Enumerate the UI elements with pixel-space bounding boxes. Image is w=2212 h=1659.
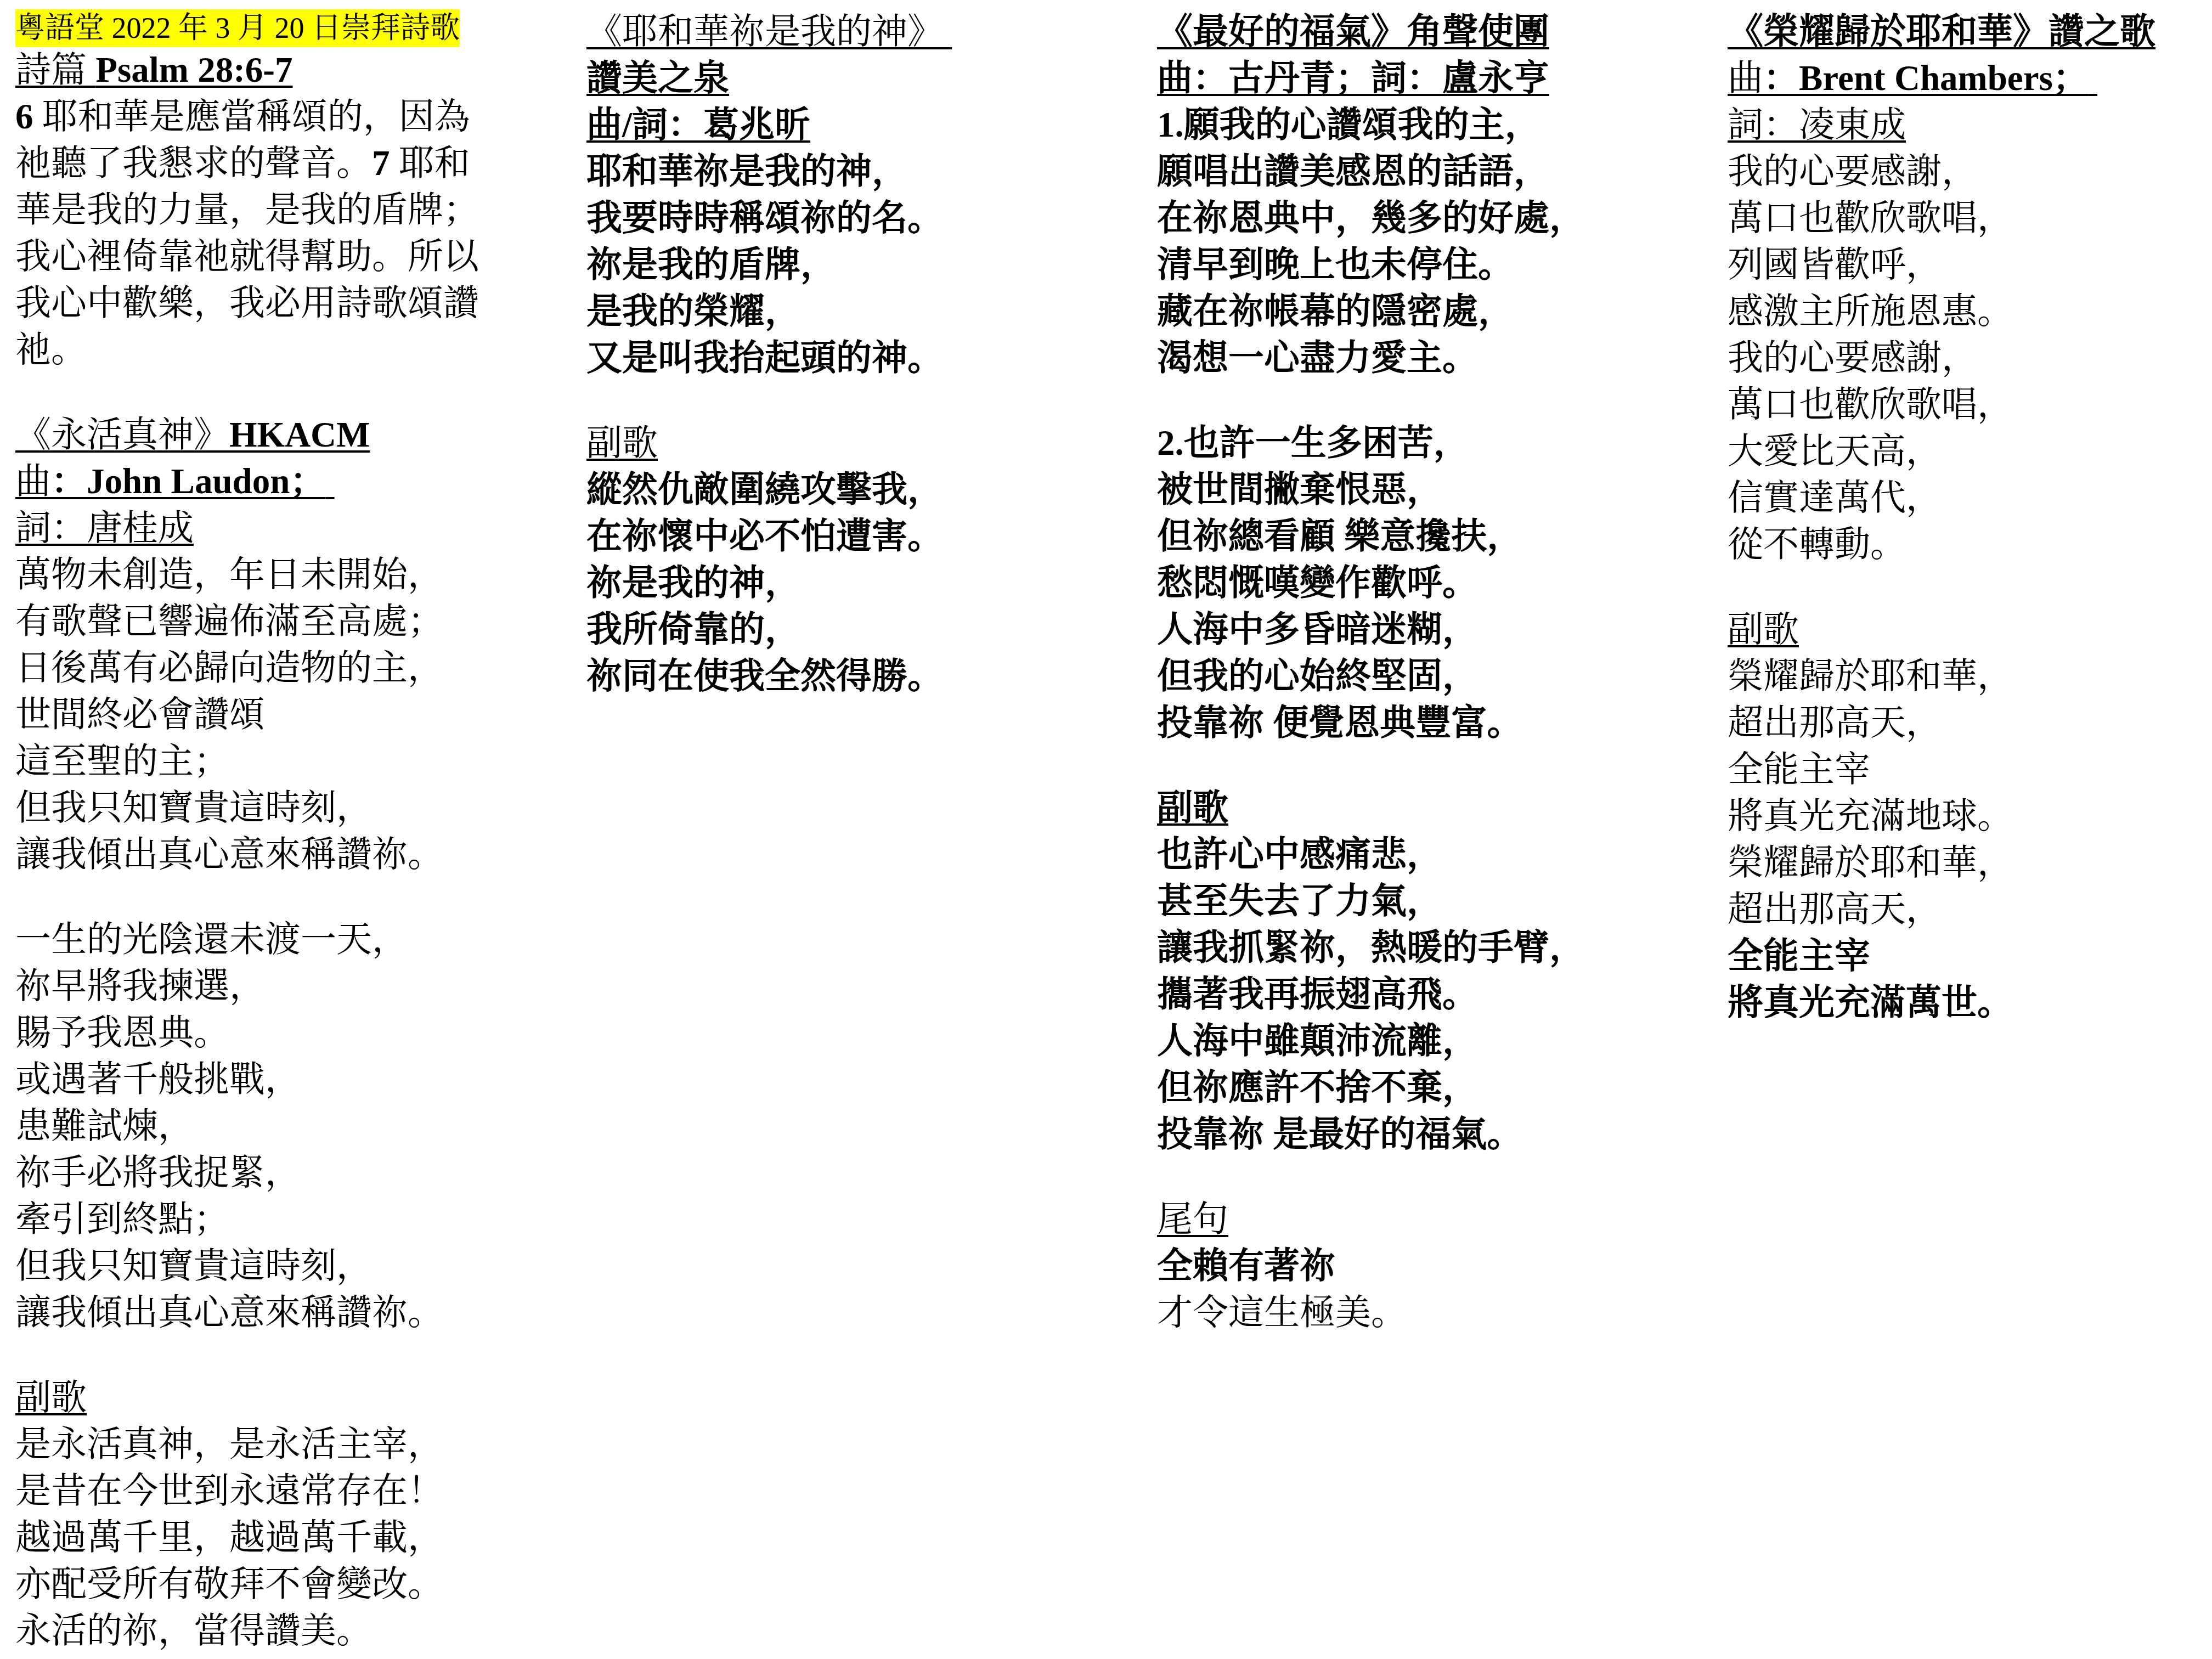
verse-number: 7 — [372, 144, 390, 183]
chorus-label: 副歌 — [1157, 788, 1228, 828]
song-title-text: 《永活真神》 — [15, 415, 229, 455]
lyric-line: 這至聖的主； — [15, 738, 564, 785]
blank-line — [15, 1336, 564, 1375]
lyric-line: 是昔在今世到永遠常存在！ — [15, 1468, 564, 1515]
blank-line — [1157, 382, 1706, 420]
chorus-label: 副歌 — [1728, 610, 1799, 650]
lyric-line: 祢同在使我全然得勝。 — [586, 653, 1135, 700]
lyric-line: 1.願我的心讚頌我的主， — [1157, 102, 1706, 149]
chorus-label: 副歌 — [15, 1378, 87, 1418]
lyric-line: 永活的祢，當得讚美。 — [15, 1608, 564, 1655]
blank-line — [1157, 747, 1706, 785]
song-credit: 曲：古丹青；詞：盧永亨 — [1157, 55, 1706, 102]
column-3: 《最好的福氣》角聲使團 曲：古丹青；詞：盧永亨 1.願我的心讚頌我的主， 願唱出… — [1157, 9, 1706, 1336]
song-credit-lyrics: 詞：唐桂成 — [15, 505, 564, 552]
song-credit: 曲/詞：葛兆昕 — [586, 102, 1135, 149]
blank-line — [15, 878, 564, 917]
lyric-line: 又是叫我抬起頭的神。 — [586, 335, 1135, 382]
blank-line — [1728, 568, 2212, 607]
lyric-line: 願唱出讚美感恩的話語， — [1157, 149, 1706, 195]
song-credit-music: 曲：Brent Chambers； — [1728, 55, 2212, 102]
lyric-line: 人海中多昏暗迷糊， — [1157, 607, 1706, 653]
scripture-line: 我心中歡樂，我必用詩歌頌讚 — [15, 280, 564, 327]
lyric-line: 祢是我的盾牌， — [586, 242, 1135, 289]
song-publisher: HKACM — [229, 415, 370, 455]
credit-text: 曲：古丹青；詞：盧永亨 — [1157, 59, 1549, 98]
song-publisher: 讚之歌 — [2049, 12, 2155, 52]
lyric-line: 全能主宰 — [1728, 933, 2212, 980]
lyric-line: 讓我抓緊祢，熱暖的手臂， — [1157, 925, 1706, 972]
lyric-line: 越過萬千里，越過萬千載， — [15, 1515, 564, 1561]
credit-text: 詞：唐桂成 — [15, 509, 194, 548]
lyric-line: 縱然仇敵圍繞攻擊我， — [586, 467, 1135, 513]
song-publisher-row: 讚美之泉 — [586, 55, 1135, 102]
lyric-line: 信實達萬代， — [1728, 475, 2212, 522]
lyric-line: 將真光充滿萬世。 — [1728, 980, 2212, 1026]
coda-label: 尾句 — [1157, 1200, 1228, 1239]
lyric-line: 我的心要感謝， — [1728, 149, 2212, 195]
lyric-line: 有歌聲已響遍佈滿至高處； — [15, 599, 564, 645]
lyric-line: 一生的光陰還未渡一天， — [15, 917, 564, 963]
song-publisher: 讚美之泉 — [586, 59, 729, 98]
lyric-line: 賜予我恩典。 — [15, 1010, 564, 1057]
lyric-line: 被世間撇棄恨惡， — [1157, 467, 1706, 513]
lyric-line: 榮耀歸於耶和華， — [1728, 653, 2212, 700]
song-title-text: 《耶和華祢是我的神》 — [586, 12, 943, 52]
lyric-line: 在祢懷中必不怕遭害。 — [586, 513, 1135, 560]
scripture-line: 華是我的力量，是我的盾牌； — [15, 187, 564, 234]
lyric-line: 但祢總看顧 樂意攙扶， — [1157, 513, 1706, 560]
lyric-line: 也許心中感痛悲， — [1157, 832, 1706, 878]
lyric-line: 或遇著千般挑戰， — [15, 1057, 564, 1103]
lyric-line: 將真光充滿地球。 — [1728, 793, 2212, 840]
chorus-label: 副歌 — [586, 424, 658, 463]
credit-label: 曲 — [15, 462, 51, 501]
scripture-text: 耶和 — [399, 144, 470, 183]
column-4: 《榮耀歸於耶和華》讚之歌 曲：Brent Chambers； 詞：凌東成 我的心… — [1728, 9, 2212, 1026]
scripture-line: 6 耶和華是應當稱頌的，因為 — [15, 94, 564, 140]
lyric-line: 攜著我再振翅高飛。 — [1157, 972, 1706, 1018]
lyric-line: 亦配受所有敬拜不會變改。 — [15, 1561, 564, 1608]
song-title: 《榮耀歸於耶和華》讚之歌 — [1728, 9, 2212, 55]
lyric-line: 我要時時稱頌祢的名。 — [586, 195, 1135, 242]
lyric-line: 愁悶慨嘆變作歡呼。 — [1157, 560, 1706, 607]
lyric-line: 投靠祢 便覺恩典豐富。 — [1157, 700, 1706, 747]
blank-line — [586, 382, 1135, 420]
lyric-line: 讓我傾出真心意來稱讚祢。 — [15, 832, 564, 878]
lyric-line: 從不轉動。 — [1728, 522, 2212, 568]
lyric-line: 耶和華祢是我的神， — [586, 149, 1135, 195]
section-label-chorus: 副歌 — [1728, 607, 2212, 653]
page-title-row: 粵語堂 2022 年 3 月 20 日崇拜詩歌 — [15, 5, 564, 47]
scripture-heading: 詩篇 Psalm 28:6-7 — [15, 47, 564, 94]
lyric-line: 清早到晚上也未停住。 — [1157, 242, 1706, 289]
song-title: 《最好的福氣》角聲使團 — [1157, 9, 1706, 55]
lyric-line: 超出那高天， — [1728, 887, 2212, 933]
lyric-line: 但祢應許不捨不棄， — [1157, 1065, 1706, 1111]
lyric-line: 但我只知寶貴這時刻， — [15, 1243, 564, 1290]
lyric-line: 超出那高天， — [1728, 700, 2212, 747]
lyric-line: 但我只知寶貴這時刻， — [15, 785, 564, 832]
credit-value: ：John Laudon； — [51, 462, 325, 501]
credit-label: 曲 — [1728, 59, 1763, 98]
blank-line — [1157, 1158, 1706, 1197]
scripture-reference: Psalm 28:6-7 — [95, 50, 292, 90]
lyric-line: 我所倚靠的， — [586, 607, 1135, 653]
scripture-line: 我心裡倚靠祂就得幫助。所以 — [15, 234, 564, 280]
lyric-line: 感激主所施恩惠。 — [1728, 289, 2212, 335]
lyric-line: 渴想一心盡力愛主。 — [1157, 335, 1706, 382]
lyric-line: 大愛比天高， — [1728, 428, 2212, 475]
lyric-line: 人海中雖顛沛流離， — [1157, 1018, 1706, 1065]
credit-text: 曲/詞：葛兆昕 — [586, 105, 810, 145]
lyric-line: 是我的榮耀， — [586, 289, 1135, 335]
page-title: 粵語堂 2022 年 3 月 20 日崇拜詩歌 — [15, 9, 460, 47]
section-label-chorus: 副歌 — [1157, 785, 1706, 832]
lyric-line: 是永活真神，是永活主宰， — [15, 1421, 564, 1468]
lyric-line: 世間終必會讚頌 — [15, 692, 564, 738]
song-title: 《耶和華祢是我的神》 — [586, 9, 1135, 55]
lyric-line: 日後萬有必歸向造物的主， — [15, 645, 564, 692]
section-label-chorus: 副歌 — [586, 420, 1135, 467]
verse-number: 6 — [15, 97, 33, 137]
lyric-line: 祢手必將我捉緊， — [15, 1150, 564, 1197]
lyric-line: 投靠祢 是最好的福氣。 — [1157, 1111, 1706, 1158]
lyric-line: 萬口也歡欣歌唱， — [1728, 382, 2212, 428]
lyric-line: 讓我傾出真心意來稱讚祢。 — [15, 1290, 564, 1336]
lyric-line: 萬物未創造，年日未開始， — [15, 552, 564, 599]
credit-value: ：Brent Chambers； — [1763, 59, 2089, 98]
lyric-line: 我的心要感謝， — [1728, 335, 2212, 382]
lyric-line: 才令這生極美。 — [1157, 1290, 1706, 1336]
scripture-line: 祂聽了我懇求的聲音。7 耶和 — [15, 140, 564, 187]
column-2: 《耶和華祢是我的神》 讚美之泉 曲/詞：葛兆昕 耶和華祢是我的神， 我要時時稱頌… — [586, 9, 1135, 700]
lyric-line: 藏在祢帳幕的隱密處， — [1157, 289, 1706, 335]
lyric-line: 全賴有著祢 — [1157, 1243, 1706, 1290]
lyric-line: 患難試煉， — [15, 1103, 564, 1150]
lyric-line: 2.也許一生多困苦， — [1157, 420, 1706, 467]
lyric-line: 祢早將我揀選， — [15, 963, 564, 1010]
song-credit-lyrics: 詞：凌東成 — [1728, 102, 2212, 149]
blank-line — [15, 374, 564, 412]
scripture-line: 祂。 — [15, 327, 564, 374]
song-title-text: 《最好的福氣》 — [1157, 12, 1407, 52]
lyric-line: 列國皆歡呼， — [1728, 242, 2212, 289]
lyric-line: 但我的心始終堅固， — [1157, 653, 1706, 700]
song-credit-music: 曲：John Laudon； — [15, 459, 564, 505]
lyric-line: 榮耀歸於耶和華， — [1728, 840, 2212, 887]
section-label-chorus: 副歌 — [15, 1375, 564, 1421]
lyric-line: 牽引到終點； — [15, 1197, 564, 1243]
scripture-text: 祂聽了我懇求的聲音。 — [15, 144, 372, 183]
lyric-line: 在祢恩典中，幾多的好處， — [1157, 195, 1706, 242]
lyric-line: 萬口也歡欣歌唱， — [1728, 195, 2212, 242]
column-1: 粵語堂 2022 年 3 月 20 日崇拜詩歌 詩篇 Psalm 28:6-7 … — [15, 5, 564, 1655]
lyric-line: 全能主宰 — [1728, 747, 2212, 793]
song-publisher: 角聲使團 — [1407, 12, 1549, 52]
scripture-book: 詩篇 — [15, 50, 87, 90]
song-title-text: 《榮耀歸於耶和華》 — [1728, 12, 2049, 52]
credit-text: 詞：凌東成 — [1728, 105, 1906, 145]
lyric-line: 祢是我的神， — [586, 560, 1135, 607]
section-label-coda: 尾句 — [1157, 1197, 1706, 1243]
scripture-text: 耶和華是應當稱頌的，因為 — [42, 97, 470, 137]
song-title: 《永活真神》HKACM — [15, 412, 564, 459]
lyric-line: 甚至失去了力氣， — [1157, 878, 1706, 925]
